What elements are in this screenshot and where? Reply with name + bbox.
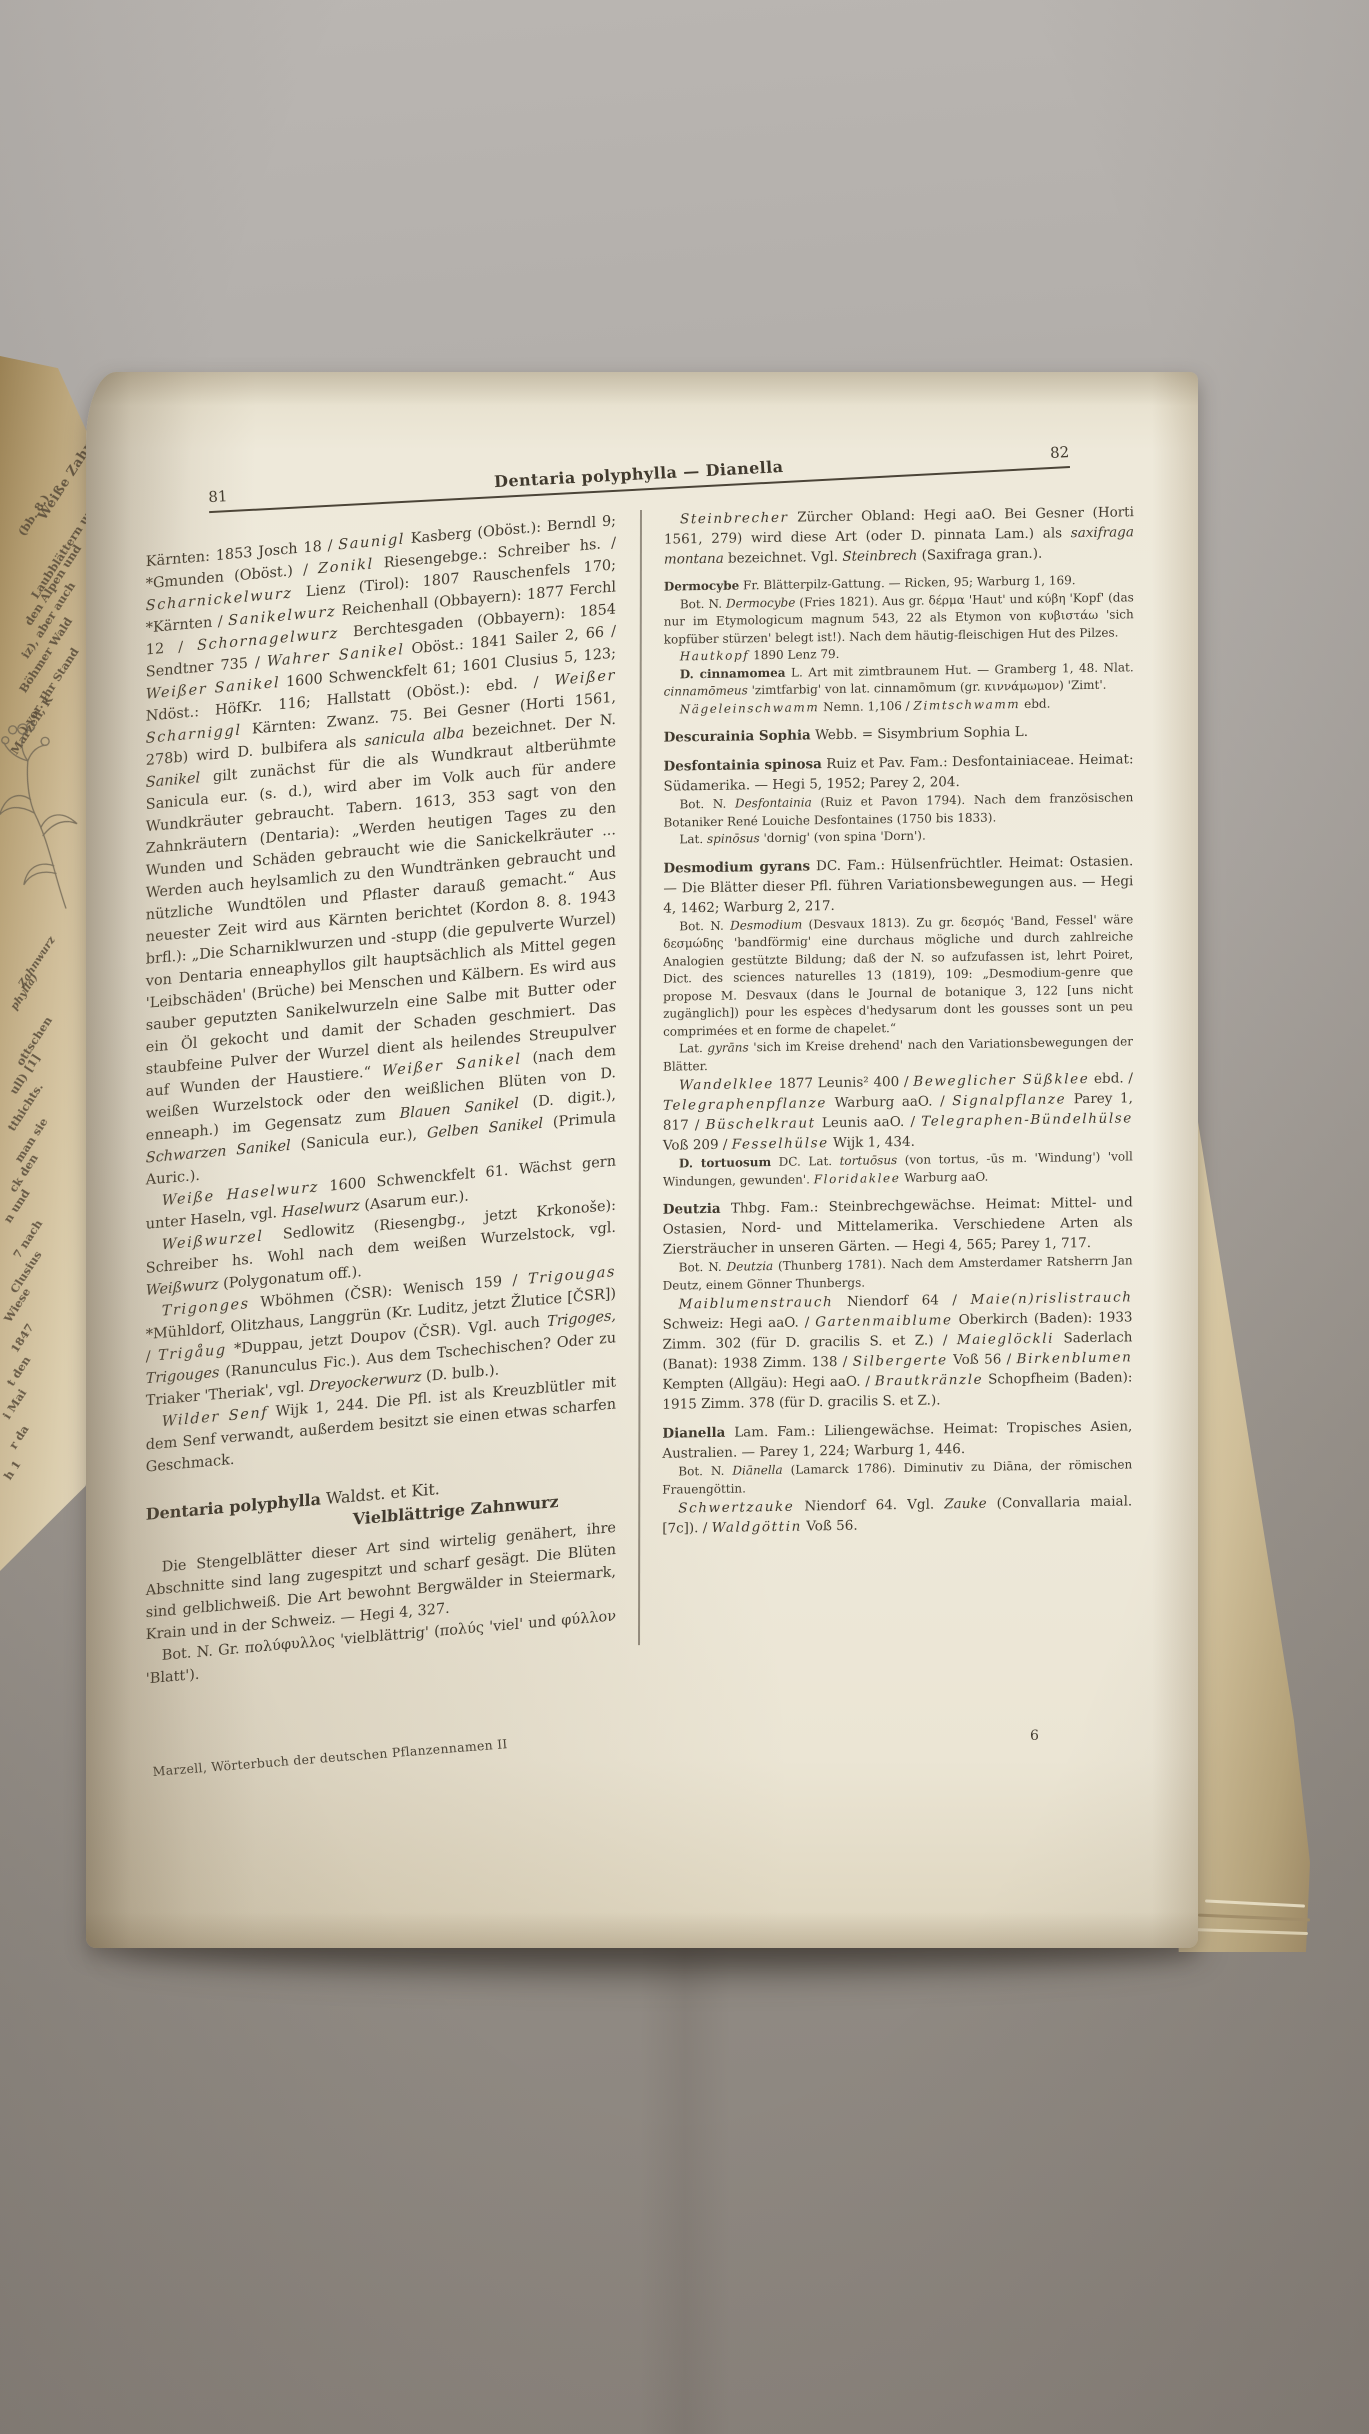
text-segment: Lat. [679, 832, 707, 846]
text-segment: gyrāns [707, 1040, 748, 1055]
text-segment: Dianella [662, 1425, 725, 1442]
text-segment: Floridaklee [814, 1170, 901, 1185]
text-segment: Voß 56 / [948, 1351, 1017, 1368]
page-title: Dentaria polyphylla — Dianella [494, 457, 784, 491]
text-segment: Sanikelwurz [228, 604, 336, 630]
text-segment: Telegraphen-Bündelhülse [921, 1110, 1133, 1129]
text-segment: Warburg aaO. / [827, 1093, 952, 1111]
text-segment: Niendorf 64. Vgl. [794, 1496, 944, 1514]
right-column: Steinbrecher Zürcher Obland: Hegi aaO. B… [638, 502, 1134, 1645]
text-segment: Niendorf 64 / [833, 1292, 970, 1310]
left-page-text-fragment: n und [1, 1187, 33, 1226]
text-segment: Maie(n)rislistrauch [971, 1289, 1133, 1308]
text-segment: Wandelklee [679, 1076, 774, 1093]
column-number-left: 81 [208, 487, 228, 506]
text-segment: Zimtschwamm [914, 697, 1021, 713]
text-segment: bezeichnet. Vgl. [724, 549, 843, 567]
text-segment: Nemn. 1,106 / [819, 698, 913, 713]
text-segment: Trigonges [162, 1296, 250, 1320]
paragraph: D. cinnamomea L. Art mit zimtbraunem Hut… [664, 659, 1134, 701]
text-segment: Deutzia [727, 1259, 774, 1274]
text-segment: Bot. N. [679, 797, 735, 812]
text-segment: Gartenmaiblume [815, 1312, 952, 1330]
text-segment: Weißwurzel [162, 1228, 264, 1253]
text-segment: Desmodium [730, 917, 802, 932]
text-segment: cinnamōmeus [664, 683, 748, 698]
right-page: 81 Dentaria polyphylla — Dianella 82 Kär… [86, 372, 1198, 1948]
column-number-right: 82 [1050, 443, 1070, 462]
text-segment: 1877 Leunis² 400 / [774, 1074, 913, 1092]
text-segment: Beweglicher Süßklee [913, 1071, 1089, 1090]
left-page-text-fragment: i Mai [0, 1386, 29, 1421]
text-segment: Trigåug [158, 1342, 227, 1364]
text-segment: Silbergerte [853, 1352, 948, 1369]
text-segment: Brautkränzle [875, 1372, 984, 1390]
paragraph: Deutzia Thbg. Fam.: Steinbrechgewächse. … [663, 1192, 1133, 1259]
text-segment: Kempten (Allgäu): Hegi aaO. / [662, 1373, 874, 1392]
text-segment: Blauen Sanikel [400, 1096, 519, 1122]
text-segment: D. tortuosum [679, 1155, 771, 1170]
text-segment: Trigougas [528, 1264, 616, 1288]
text-segment: ebd. / [1089, 1070, 1133, 1087]
text-segment: Steinbrecher [680, 510, 789, 528]
left-page-text-fragment: r da [6, 1422, 32, 1451]
paragraph: Bot. N. Dermocybe (Fries 1821). Aus gr. … [664, 589, 1134, 649]
paragraph: Descurainia Sophia Webb. = Sisymbrium So… [664, 720, 1134, 747]
text-segment: Dermocybe [726, 595, 795, 610]
text-segment: Warburg aaO. [900, 1169, 988, 1184]
text-segment: Leunis aaO. / [816, 1114, 922, 1132]
text-segment: Maiblumenstrauch [679, 1294, 834, 1312]
paragraph: Maiblumenstrauch Niendorf 64 / Maie(n)ri… [662, 1287, 1132, 1414]
paragraph: Wandelklee 1877 Leunis² 400 / Bewegliche… [663, 1068, 1133, 1155]
text-segment: Lam. Fam.: Liliengewächse. Heimat: Tropi… [662, 1418, 1132, 1461]
photo-of-open-book: Weiße Zahnwu (bb. 8.)Laubblättern undden… [0, 0, 1369, 2434]
footer-imprint: Marzell, Wörterbuch der deutschen Pflanz… [152, 1736, 508, 1779]
text-segment: Birkenblumen [1017, 1349, 1133, 1367]
text-segment: Thbg. Fam.: Steinbrechgewächse. Heimat: … [663, 1194, 1133, 1257]
text-segment: Fr. Blätterpilz-Gattung. — Ricken, 95; W… [739, 573, 1075, 592]
printed-area: 81 Dentaria polyphylla — Dianella 82 Kär… [86, 372, 1198, 1948]
text-segment: Schwertzauke [678, 1499, 794, 1517]
text-segment: 'dornig' (von spina 'Dorn'). [760, 829, 926, 846]
text-segment: Büschelkraut [706, 1115, 816, 1133]
text-segment: 'zimtfarbig' von lat. cinnamōmum (gr. κι… [748, 678, 1107, 698]
left-page-text-fragment: h 1 [1, 1458, 24, 1483]
text-segment: Telegraphenpflanze [663, 1095, 827, 1114]
text-segment: Zonikl [318, 556, 374, 577]
text-segment: Desfontainia spinosa [664, 756, 822, 774]
running-head: 81 Dentaria polyphylla — Dianella 82 [208, 442, 1070, 513]
text-segment: sanicula alba [364, 725, 464, 750]
text-segment: Bot. N. [679, 918, 730, 933]
text-segment: Nägeleinschwamm [680, 700, 820, 716]
paragraph: Kärnten: 1853 Josch 18 / Saunigl Kasberg… [146, 510, 616, 1192]
text-segment: Wijk 1, 434. [829, 1134, 915, 1151]
text-segment: tortuōsus [840, 1153, 898, 1168]
text-segment: (D. digit.), [519, 1087, 616, 1112]
text-segment: Bot. N. [678, 1464, 732, 1479]
text-segment: DC. Lat. [771, 1154, 839, 1169]
text-segment: D. cinnamomea [680, 665, 786, 681]
text-segment: Zauke [944, 1496, 986, 1513]
text-segment: Waldgöttin [712, 1519, 802, 1536]
text-segment: Webb. = Sisymbrium Sophia L. [811, 724, 1028, 743]
text-segment: Sanikel [146, 770, 200, 791]
text-segment: (Saxifraga gran.). [917, 546, 1042, 564]
text-segment: Desfontainia [735, 795, 812, 810]
text-segment: spinōsus [707, 831, 760, 846]
left-page-text-fragment: Wiese [1, 1285, 34, 1325]
text-segment: Steinbrech [842, 548, 917, 565]
text-segment: Desmodium gyrans [663, 858, 810, 876]
text-segment: Descurainia Sophia [664, 727, 811, 745]
text-segment: Voß 209 / [663, 1137, 732, 1154]
text-segment: Diānella [732, 1463, 782, 1478]
text-segment: Saunigl [338, 531, 405, 553]
paragraph: Bot. N. Desmodium (Desvaux 1813). Zu gr.… [663, 911, 1133, 1041]
paragraph: Steinbrecher Zürcher Obland: Hegi aaO. B… [664, 502, 1134, 569]
text-segment: Signalpflanze [952, 1091, 1066, 1109]
left-page-text-fragment: t den [4, 1353, 34, 1388]
text-columns: Kärnten: 1853 Josch 18 / Saunigl Kasberg… [144, 510, 1136, 1645]
text-segment: Voß 56. [802, 1518, 858, 1535]
text-segment: (Sanicula eur.), [291, 1126, 427, 1154]
text-segment: 1890 Lenz 79. [749, 647, 839, 662]
left-column: Kärnten: 1853 Josch 18 / Saunigl Kasberg… [146, 510, 616, 1690]
text-segment: Bot. N. [679, 1260, 727, 1275]
left-page-text-fragment: 1847 [7, 1321, 36, 1355]
text-segment: Bot. N. [680, 596, 726, 611]
text-segment: Deutzia [663, 1201, 721, 1218]
paragraph: Desmodium gyrans DC. Fam.: Hülsenfrüchtl… [663, 851, 1133, 918]
text-segment: Gelben Sanikel [427, 1116, 543, 1142]
text-segment: Schweiz: Hegi aaO. / [663, 1314, 816, 1332]
signature-mark: 6 [1030, 1728, 1039, 1744]
table-seam-shadow [640, 1940, 730, 2434]
text-segment: Maieglöckli [957, 1331, 1054, 1349]
paragraph: Schwertzauke Niendorf 64. Vgl. Zauke (Co… [662, 1491, 1132, 1538]
paragraph: D. tortuosum DC. Lat. tortuōsus (von tor… [663, 1148, 1133, 1190]
text-segment: Fesselhülse [732, 1135, 829, 1153]
text-segment: Lat. [679, 1041, 707, 1055]
text-segment: Hautkopf [680, 648, 750, 663]
text-segment: gilt zunächst für die als Wundkraut altb… [146, 734, 616, 1100]
text-segment: Dermocybe [664, 578, 739, 593]
text-segment: ebd. [1020, 696, 1050, 710]
